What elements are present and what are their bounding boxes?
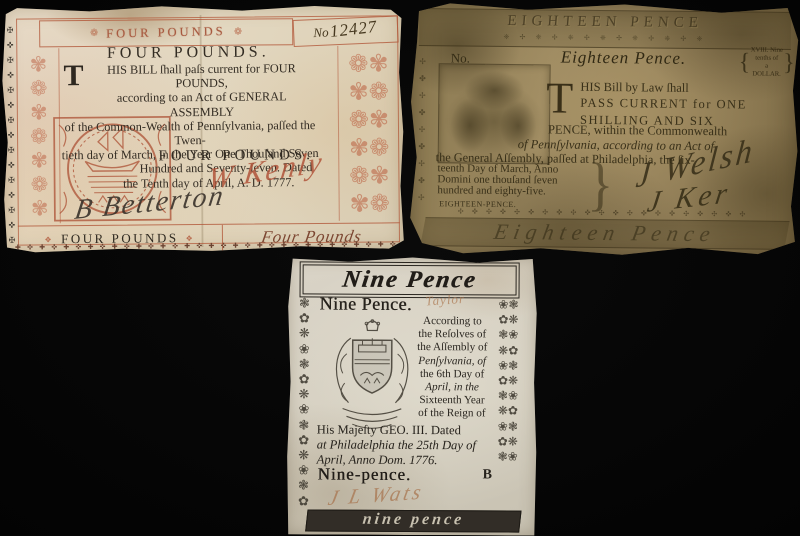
text-line: hundred and eighty-five. xyxy=(437,185,607,198)
text-line: a DOLLAR. xyxy=(750,63,783,79)
eighteen-pence-note: EIGHTEEN PENCE ❈ ✢ ❈ ✢ ❈ ✢ ❈ ✢ ❈ ✢ ❈ ✢ ❈… xyxy=(409,1,800,257)
text-line: HIS BILL ſhall paſs current for FOUR POU… xyxy=(59,61,319,92)
engraved-scrollwork: ❁✾ ✾❁ ❁✾ ✾❁ ❁✾ ✾❁ xyxy=(339,49,398,217)
flourish-icon: ❁ xyxy=(90,28,98,39)
text-line: of the Common-Wealth of Pennſylvania, pa… xyxy=(60,118,320,149)
ornamental-top-band: EIGHTEEN PENCE ❈ ✢ ❈ ✢ ❈ ✢ ❈ ✢ ❈ ✢ ❈ ✢ ❈ xyxy=(419,8,791,50)
text-line: Sixteenth Year xyxy=(413,394,491,408)
serial-digits: 12427 xyxy=(329,16,378,41)
denomination-fraction: { XVIII. Nine tenths of a DOLLAR. } xyxy=(739,46,795,79)
four-pounds-note: ✠ ✜ ✠ ✜ ✠ ✜ ✠ ✜ ✠ ✜ ✠ ✜ ✠ ✜ ✠ ❁ FOUR POU… xyxy=(1,3,405,253)
left-border-ornament-column: ❃ ✿ ❋ ❀ ❃ ✿ ❋ ❀ ❃ ✿ ❋ ❀ ❃ ✿ xyxy=(291,296,316,509)
text-line: According to xyxy=(413,315,491,329)
note-title: Nine Pence. xyxy=(319,294,412,315)
ornamental-bottom-band: nine pence xyxy=(305,509,521,532)
nine-pence-note: Nine Pence Nine Pence. Taylor ❃ ✿ ❋ ❀ ❃ … xyxy=(286,256,537,535)
brace-right: } xyxy=(783,49,795,76)
note-title: FOUR POUNDS. xyxy=(59,43,317,63)
text-line: His Majeſty GEO. III. Dated xyxy=(317,423,499,439)
edge-ornament-column: ✢ ✤ ✢ ✤ ✢ ✤ ✢ ✤ ✢ xyxy=(415,53,429,206)
handwritten-annotation: Taylor xyxy=(425,291,465,310)
text-line: at Philadelphia the 25th Day of xyxy=(317,438,499,454)
text-line: PASS CURRENT for ONE xyxy=(580,95,790,114)
fraction-lines: XVIII. Nine tenths of a DOLLAR. xyxy=(750,47,783,79)
photo-background: ✠ ✜ ✠ ✜ ✠ ✜ ✠ ✜ ✠ ✜ ✠ ✜ ✠ ✜ ✠ ❁ FOUR POU… xyxy=(0,0,800,535)
ornamental-bottom-band: Eighteen Pence xyxy=(420,217,789,250)
resolve-text-column: According to the Reſolves of the Aſſembl… xyxy=(413,315,492,421)
banner-title: Nine Pence xyxy=(341,266,479,294)
text-line: according to an Act of GENERAL ASSEMBLY xyxy=(60,89,320,120)
text-line: the Reſolves of xyxy=(413,328,491,342)
flourish-icon: ❁ xyxy=(234,27,242,38)
note-title: Eighteen Pence. xyxy=(561,48,751,70)
drop-cap: T xyxy=(546,76,573,120)
text-line: April, in the xyxy=(413,381,491,395)
text-line: the Aſſembly of xyxy=(413,341,491,355)
text-line: Penſylvania, of xyxy=(413,355,491,369)
date-text: teenth Day of March, Anno Domini one tho… xyxy=(437,163,607,198)
plate-letter: B xyxy=(483,467,492,483)
text-line: the 6th Day of xyxy=(413,368,491,382)
brace-left: { xyxy=(739,49,751,76)
text-line: of the Reign of xyxy=(413,407,491,421)
banner-title: EIGHTEEN PENCE xyxy=(418,9,792,35)
banner-title: FOUR POUNDS xyxy=(106,24,226,42)
text-line: tenths of xyxy=(750,55,783,63)
edge-ornament-column: ✠ ✜ ✠ ✜ ✠ ✜ ✠ ✜ ✠ ✜ ✠ ✜ ✠ ✜ ✠ xyxy=(4,23,18,248)
serial-prefix: No xyxy=(313,24,329,41)
signature-faded: J L Wats xyxy=(326,480,426,512)
